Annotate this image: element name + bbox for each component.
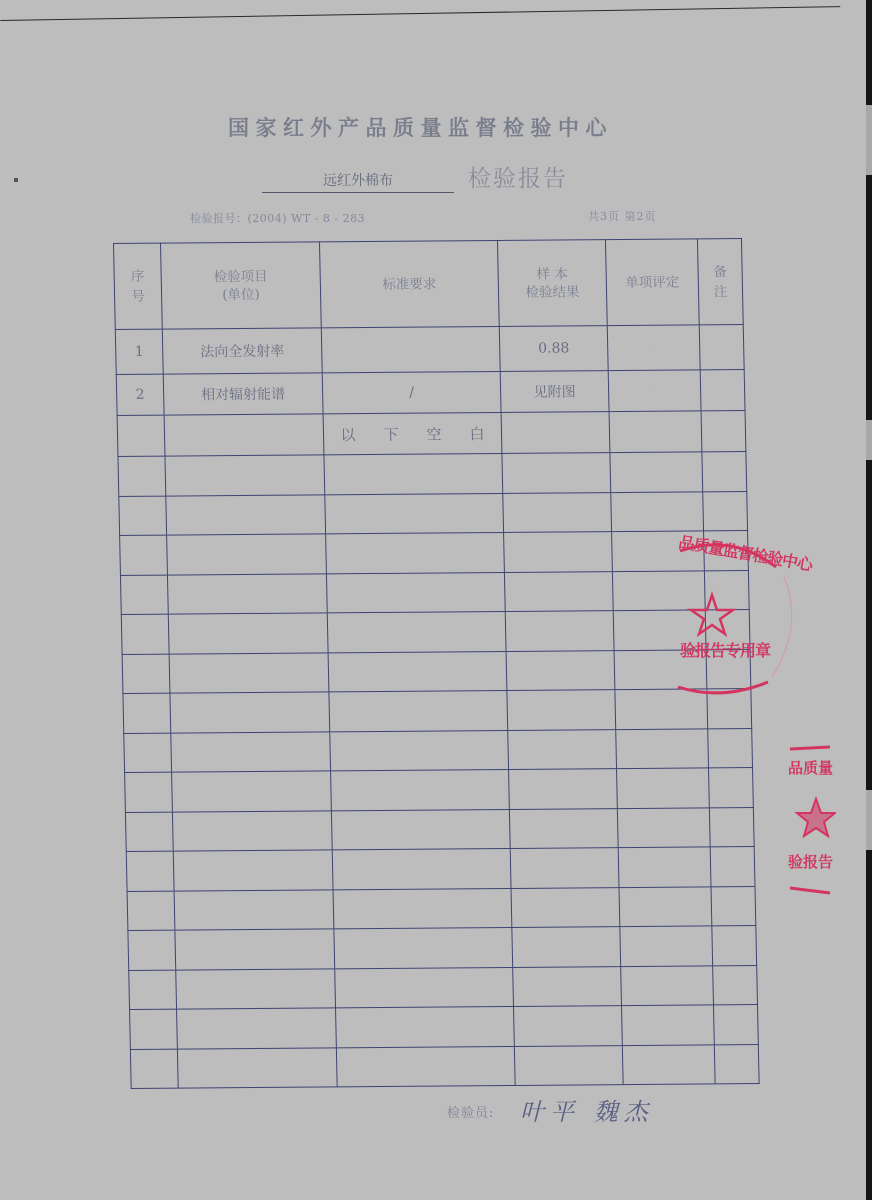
cell-empty — [622, 1044, 715, 1084]
cell-standard — [321, 326, 500, 372]
blank-row — [128, 926, 757, 970]
official-seal-stamp: 品质量监督检验中心 验报告专用章 — [672, 537, 796, 697]
cell-empty — [125, 812, 173, 852]
cell-empty — [506, 650, 615, 690]
cell-empty — [123, 693, 171, 733]
cell-remark — [699, 325, 744, 370]
cell-empty — [514, 1006, 623, 1046]
blank-row — [120, 531, 749, 575]
blank-row — [123, 689, 752, 733]
cell-empty — [335, 967, 514, 1008]
cell-empty — [127, 891, 175, 931]
edge-seal-bottom-text: 验报告 — [788, 851, 833, 872]
cell-empty — [709, 807, 754, 847]
cell-empty — [710, 847, 755, 887]
header-standard: 标准要求 — [319, 240, 499, 327]
header-result: 样 本 检验结果 — [497, 240, 607, 327]
report-number: 检验报号：(2004) WT - 8 - 283 — [190, 210, 365, 226]
cell-empty — [618, 847, 711, 887]
cell-empty — [617, 807, 710, 847]
cell-empty — [331, 809, 510, 850]
cell-empty — [609, 411, 702, 453]
cell-empty — [505, 611, 614, 651]
cell-empty — [331, 769, 510, 810]
blank-row — [129, 965, 758, 1009]
cell-empty — [329, 690, 508, 731]
header-item-label: 检验项目 — [162, 267, 320, 286]
blank-row — [124, 728, 753, 772]
header-seq: 序号 — [114, 243, 163, 329]
cell-empty — [325, 493, 504, 534]
header-item: 检验项目 (单位) — [161, 242, 322, 329]
cell-empty — [119, 496, 167, 536]
cell-empty — [714, 1044, 759, 1084]
cell-empty — [512, 927, 621, 967]
product-name: 远红外棉布 — [262, 170, 454, 193]
cell-empty — [166, 494, 326, 535]
cell-empty — [130, 1009, 178, 1049]
cell-empty — [167, 534, 327, 575]
cell-empty — [611, 491, 704, 531]
cell-remark — [700, 370, 745, 411]
cell-empty — [175, 929, 335, 970]
cell-seq: 2 — [116, 374, 164, 415]
table-row: 1 法向全发射率 0.88 · — [115, 325, 744, 375]
cell-empty — [336, 1006, 515, 1047]
cell-empty — [621, 965, 714, 1005]
cell-standard: / — [322, 371, 501, 413]
cell-empty — [712, 926, 757, 966]
cell-empty — [504, 571, 613, 611]
inspector-signature: 叶平 魏杰 — [520, 1092, 654, 1127]
cell-empty — [509, 769, 618, 809]
cell-empty — [130, 1049, 178, 1089]
cell-empty — [117, 415, 165, 456]
cell-empty — [620, 926, 713, 966]
cell-empty — [610, 452, 703, 492]
cell-empty — [171, 731, 331, 772]
blank-row — [119, 491, 748, 535]
cell-empty — [510, 848, 619, 888]
cell-item: 法向全发射率 — [162, 328, 322, 374]
cell-empty — [713, 1005, 758, 1045]
seal-bottom-text: 验报告专用章 — [680, 638, 770, 661]
table-row-end-marker: 以下空白 — [117, 411, 746, 457]
cell-empty — [121, 614, 169, 654]
cell-empty — [324, 453, 503, 494]
cell-result: 0.88 — [499, 326, 608, 372]
cell-empty — [165, 455, 325, 496]
inspector-label: 检验员: — [447, 1102, 494, 1121]
cell-rating: · — [607, 325, 700, 371]
table-header-row: 序号 检验项目 (单位) 标准要求 样 本 检验结果 单项评定 备注 — [114, 239, 744, 330]
edge-seal-top-text: 品质量 — [788, 757, 833, 778]
cell-empty — [501, 412, 610, 454]
inspection-table: 序号 检验项目 (单位) 标准要求 样 本 检验结果 单项评定 备注 1 法向全… — [113, 238, 759, 1089]
cell-empty — [176, 968, 336, 1009]
cell-empty — [174, 889, 334, 930]
blank-row — [130, 1044, 759, 1088]
cell-empty — [711, 886, 756, 926]
cell-empty — [120, 535, 168, 575]
blank-row — [126, 847, 755, 891]
header-remark: 备注 — [697, 239, 743, 325]
cell-empty — [167, 573, 327, 614]
organization-title: 国家红外产品质量监督检验中心 — [228, 112, 628, 142]
cell-empty — [128, 930, 176, 970]
blank-row — [127, 886, 756, 930]
cell-empty — [125, 772, 173, 812]
cell-empty — [508, 729, 617, 769]
cell-empty — [514, 1045, 623, 1085]
cell-empty — [129, 970, 177, 1010]
cell-empty — [173, 850, 333, 891]
cell-empty — [124, 733, 172, 773]
cell-empty — [616, 728, 709, 768]
cell-empty — [177, 1008, 337, 1049]
cell-empty — [328, 651, 507, 692]
cell-empty — [702, 452, 747, 492]
cell-empty — [122, 654, 170, 694]
cell-empty — [326, 572, 505, 613]
cell-empty — [502, 453, 611, 493]
cell-empty — [172, 771, 332, 812]
blank-row — [125, 807, 754, 851]
blank-row — [122, 649, 751, 693]
header-result-line1: 样 本 — [498, 265, 605, 284]
table-row: 2 相对辐射能谱 / 见附图 · — [116, 370, 745, 416]
header-result-line2: 检验结果 — [499, 283, 606, 302]
cell-empty — [177, 1047, 337, 1088]
cell-empty — [703, 491, 748, 531]
cell-empty — [504, 532, 613, 572]
cell-empty — [701, 411, 746, 452]
cell-empty — [507, 690, 616, 730]
cell-empty — [126, 851, 174, 891]
star-icon — [797, 799, 835, 836]
end-of-content-marker: 以下空白 — [323, 412, 502, 454]
cell-empty — [709, 768, 754, 808]
cell-empty — [619, 886, 712, 926]
cell-empty — [513, 966, 622, 1006]
scanner-edge-strip — [866, 0, 872, 1200]
cell-empty — [168, 613, 328, 654]
header-item-unit: (单位) — [162, 285, 320, 304]
cell-empty — [617, 768, 710, 808]
cell-rating: · — [608, 370, 701, 412]
blank-row — [118, 452, 747, 496]
cell-empty — [509, 808, 618, 848]
page-indicator: 共3页 第2页 — [588, 208, 657, 224]
cell-empty — [511, 887, 620, 927]
header-rating: 单项评定 — [605, 239, 699, 326]
cell-item: 相对辐射能谱 — [163, 373, 323, 415]
cell-empty — [503, 492, 612, 532]
report-title: 检验报告 — [468, 160, 568, 193]
scan-speck — [14, 178, 18, 182]
cell-empty — [713, 965, 758, 1005]
cell-result: 见附图 — [500, 371, 609, 413]
cell-empty — [336, 1046, 515, 1087]
blank-row — [121, 610, 750, 654]
cell-seq: 1 — [115, 329, 163, 374]
star-icon — [691, 595, 733, 634]
cell-empty — [334, 927, 513, 968]
cell-empty — [330, 730, 509, 771]
cell-empty — [708, 728, 753, 768]
edge-seal-stamp: 品质量 验报告 — [786, 743, 836, 898]
cell-empty — [170, 692, 330, 733]
cell-empty — [118, 456, 166, 496]
cell-empty — [164, 414, 324, 456]
cell-empty — [120, 575, 168, 615]
cell-empty — [326, 532, 505, 573]
blank-row — [125, 768, 754, 812]
scan-edge-line — [0, 0, 840, 21]
blank-row — [120, 570, 749, 614]
cell-empty — [621, 1005, 714, 1045]
cell-empty — [327, 611, 506, 652]
cell-empty — [333, 888, 512, 929]
cell-empty — [332, 848, 511, 889]
cell-empty — [169, 652, 329, 693]
cell-empty — [172, 810, 332, 851]
blank-row — [130, 1005, 759, 1049]
